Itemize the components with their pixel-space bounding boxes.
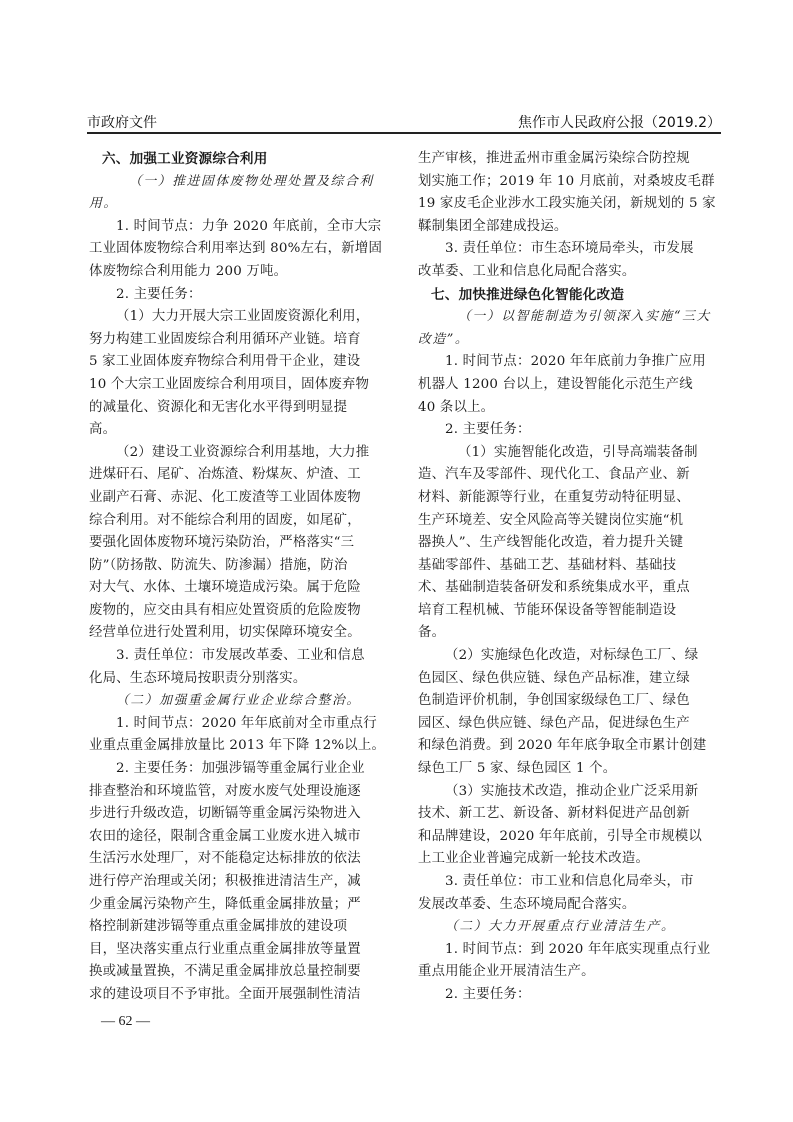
text-line: 目，坚决落实重点行业重点重金属排放等量置 [89, 939, 399, 962]
text-line: 换或减量置换，不满足重金属排放总量控制要 [89, 961, 399, 984]
header-section-label: 市政府文件 [87, 112, 157, 132]
text-line: 园区、绿色供应链、绿色产品，促进绿色生产 [418, 713, 723, 736]
section-heading-line: （一）以智能制造为引领深入实施“三大 [418, 306, 723, 329]
section-heading-line: （二）加强重金属行业企业综合整治。 [89, 690, 399, 713]
text-line: 术、基础制造装备研发和系统集成水平，重点 [418, 577, 723, 600]
text-line: 发展改革委、生态环境局配合落实。 [418, 894, 723, 917]
text-line: 1. 时间节点：力争 2020 年底前，全市大宗 [89, 216, 399, 239]
text-line: 对大气、水体、土壤环境造成污染。属于危险 [89, 577, 399, 600]
text-line: 农田的途径，限制含重金属工业废水进入城市 [89, 826, 399, 849]
text-line: 求的建设项目不予审批。全面开展强制性清洁 [89, 984, 399, 1007]
text-line: 和绿色消费。到 2020 年年底争取全市累计创建 [418, 735, 723, 758]
text-line: 工业固体废物综合利用率达到 80%左右，新增固 [89, 238, 399, 261]
text-line: 上工业企业普遍完成新一轮技术改造。 [418, 848, 723, 871]
text-line: 基础零部件、基础工艺、基础材料、基础技 [418, 555, 723, 578]
text-line: 培育工程机械、节能环保设备等智能制造设 [418, 600, 723, 623]
page-number: — 62 — [101, 1014, 150, 1030]
text-line: 3. 责任单位：市工业和信息化局牵头，市 [418, 871, 723, 894]
text-line: 2. 主要任务： [89, 284, 399, 307]
text-line: 高。 [89, 419, 399, 442]
text-line: （1）实施智能化改造，引导高端装备制 [418, 442, 723, 465]
text-line: 业重点重金属排放量比 2013 年下降 12%以上。 [89, 735, 399, 758]
section-heading-line: 用。 [89, 193, 399, 216]
text-line: 和品牌建设，2020 年年底前，引导全市规模以 [418, 826, 723, 849]
right-column: 生产审核，推进孟州市重金属污染综合防控规划实施工作；2019 年 10 月底前，… [418, 148, 723, 1007]
text-line: 材料、新能源等行业，在重复劳动特征明显、 [418, 487, 723, 510]
text-line: 进行停产治理或关闭；积极推进清洁生产，减 [89, 871, 399, 894]
text-line: 绿色工厂 5 家、绿色园区 1 个。 [418, 758, 723, 781]
text-line: 色制造评价机制，争创国家级绿色工厂、绿色 [418, 690, 723, 713]
section-heading-line: 七、加快推进绿色化智能化改造 [418, 284, 723, 307]
text-line: 3. 责任单位：市生态环境局牵头，市发展 [418, 238, 723, 261]
text-line: 器换人”、生产线智能化改造，着力提升关键 [418, 532, 723, 555]
text-line: 备。 [418, 622, 723, 645]
left-column: 六、加强工业资源综合利用（一）推进固体废物处理处置及综合利用。1. 时间节点：力… [89, 148, 399, 1007]
text-line: （2）实施绿色化改造，对标绿色工厂、绿 [418, 645, 723, 668]
running-header: 市政府文件 焦作市人民政府公报（2019.2） [87, 112, 721, 132]
section-heading-line: 改造”。 [418, 329, 723, 352]
text-line: 排查整治和环境监管，对废水废气处理设施逐 [89, 781, 399, 804]
section-heading-line: （二）大力开展重点行业清洁生产。 [418, 916, 723, 939]
text-line: 1. 时间节点：到 2020 年年底实现重点行业 [418, 939, 723, 962]
text-line: 重点用能企业开展清洁生产。 [418, 961, 723, 984]
text-line: 体废物综合利用能力 200 万吨。 [89, 261, 399, 284]
text-line: 的减量化、资源化和无害化水平得到明显提 [89, 397, 399, 420]
text-line: 1. 时间节点：2020 年年底前力争推广应用 [418, 351, 723, 374]
text-line: 要强化固体废物环境污染防治，严格落实“三 [89, 532, 399, 555]
text-line: 进煤矸石、尾矿、冶炼渣、粉煤灰、炉渣、工 [89, 464, 399, 487]
text-line: 40 条以上。 [418, 397, 723, 420]
text-line: 机器人 1200 台以上，建设智能化示范生产线 [418, 374, 723, 397]
text-line: 技术、新工艺、新设备、新材料促进产品创新 [418, 803, 723, 826]
text-line: 生产审核，推进孟州市重金属污染综合防控规 [418, 148, 723, 171]
text-line: 改革委、工业和信息化局配合落实。 [418, 261, 723, 284]
text-line: 2. 主要任务：加强涉镉等重金属行业企业 [89, 758, 399, 781]
text-line: （3）实施技术改造，推动企业广泛采用新 [418, 781, 723, 804]
text-line: 生活污水处理厂，对不能稳定达标排放的依法 [89, 848, 399, 871]
text-line: 造、汽车及零部件、现代化工、食品产业、新 [418, 464, 723, 487]
text-line: 5 家工业固体废弃物综合利用骨干企业，建设 [89, 351, 399, 374]
text-line: 19 家皮毛企业涉水工段实施关闭，新规划的 5 家 [418, 193, 723, 216]
text-line: 努力构建工业固废综合利用循环产业链。培育 [89, 329, 399, 352]
text-line: 综合利用。对不能综合利用的固废，如尾矿， [89, 510, 399, 533]
text-line: （2）建设工业资源综合利用基地，大力推 [89, 442, 399, 465]
text-line: 生产环境差、安全风险高等关键岗位实施“机 [418, 510, 723, 533]
text-line: 化局、生态环境局按职责分别落实。 [89, 668, 399, 691]
text-line: 步进行升级改造，切断镉等重金属污染物进入 [89, 803, 399, 826]
header-publication-title: 焦作市人民政府公报（2019.2） [518, 112, 721, 132]
text-line: 格控制新建涉镉等重点重金属排放的建设项 [89, 916, 399, 939]
text-line: 划实施工作；2019 年 10 月底前，对桑坡皮毛群 [418, 171, 723, 194]
text-line: 经营单位进行处置利用，切实保障环境安全。 [89, 622, 399, 645]
text-line: 2. 主要任务： [418, 419, 723, 442]
text-line: 10 个大宗工业固废综合利用项目，固体废弃物 [89, 374, 399, 397]
section-heading-line: 六、加强工业资源综合利用 [89, 148, 399, 171]
text-line: 2. 主要任务： [418, 984, 723, 1007]
header-divider [87, 132, 721, 134]
text-line: 1. 时间节点：2020 年年底前对全市重点行 [89, 713, 399, 736]
text-line: 色园区、绿色供应链、绿色产品标准，建立绿 [418, 668, 723, 691]
section-heading-line: （一）推进固体废物处理处置及综合利 [89, 171, 399, 194]
text-line: 废物的，应交由具有相应处置资质的危险废物 [89, 600, 399, 623]
text-line: 3. 责任单位：市发展改革委、工业和信息 [89, 645, 399, 668]
text-line: 业副产石膏、赤泥、化工废渣等工业固体废物 [89, 487, 399, 510]
text-line: 少重金属污染物产生，降低重金属排放量；严 [89, 894, 399, 917]
text-line: 防”（防扬散、防流失、防渗漏）措施，防治 [89, 555, 399, 578]
text-line: （1）大力开展大宗工业固废资源化利用， [89, 306, 399, 329]
text-line: 鞣制集团全部建成投运。 [418, 216, 723, 239]
